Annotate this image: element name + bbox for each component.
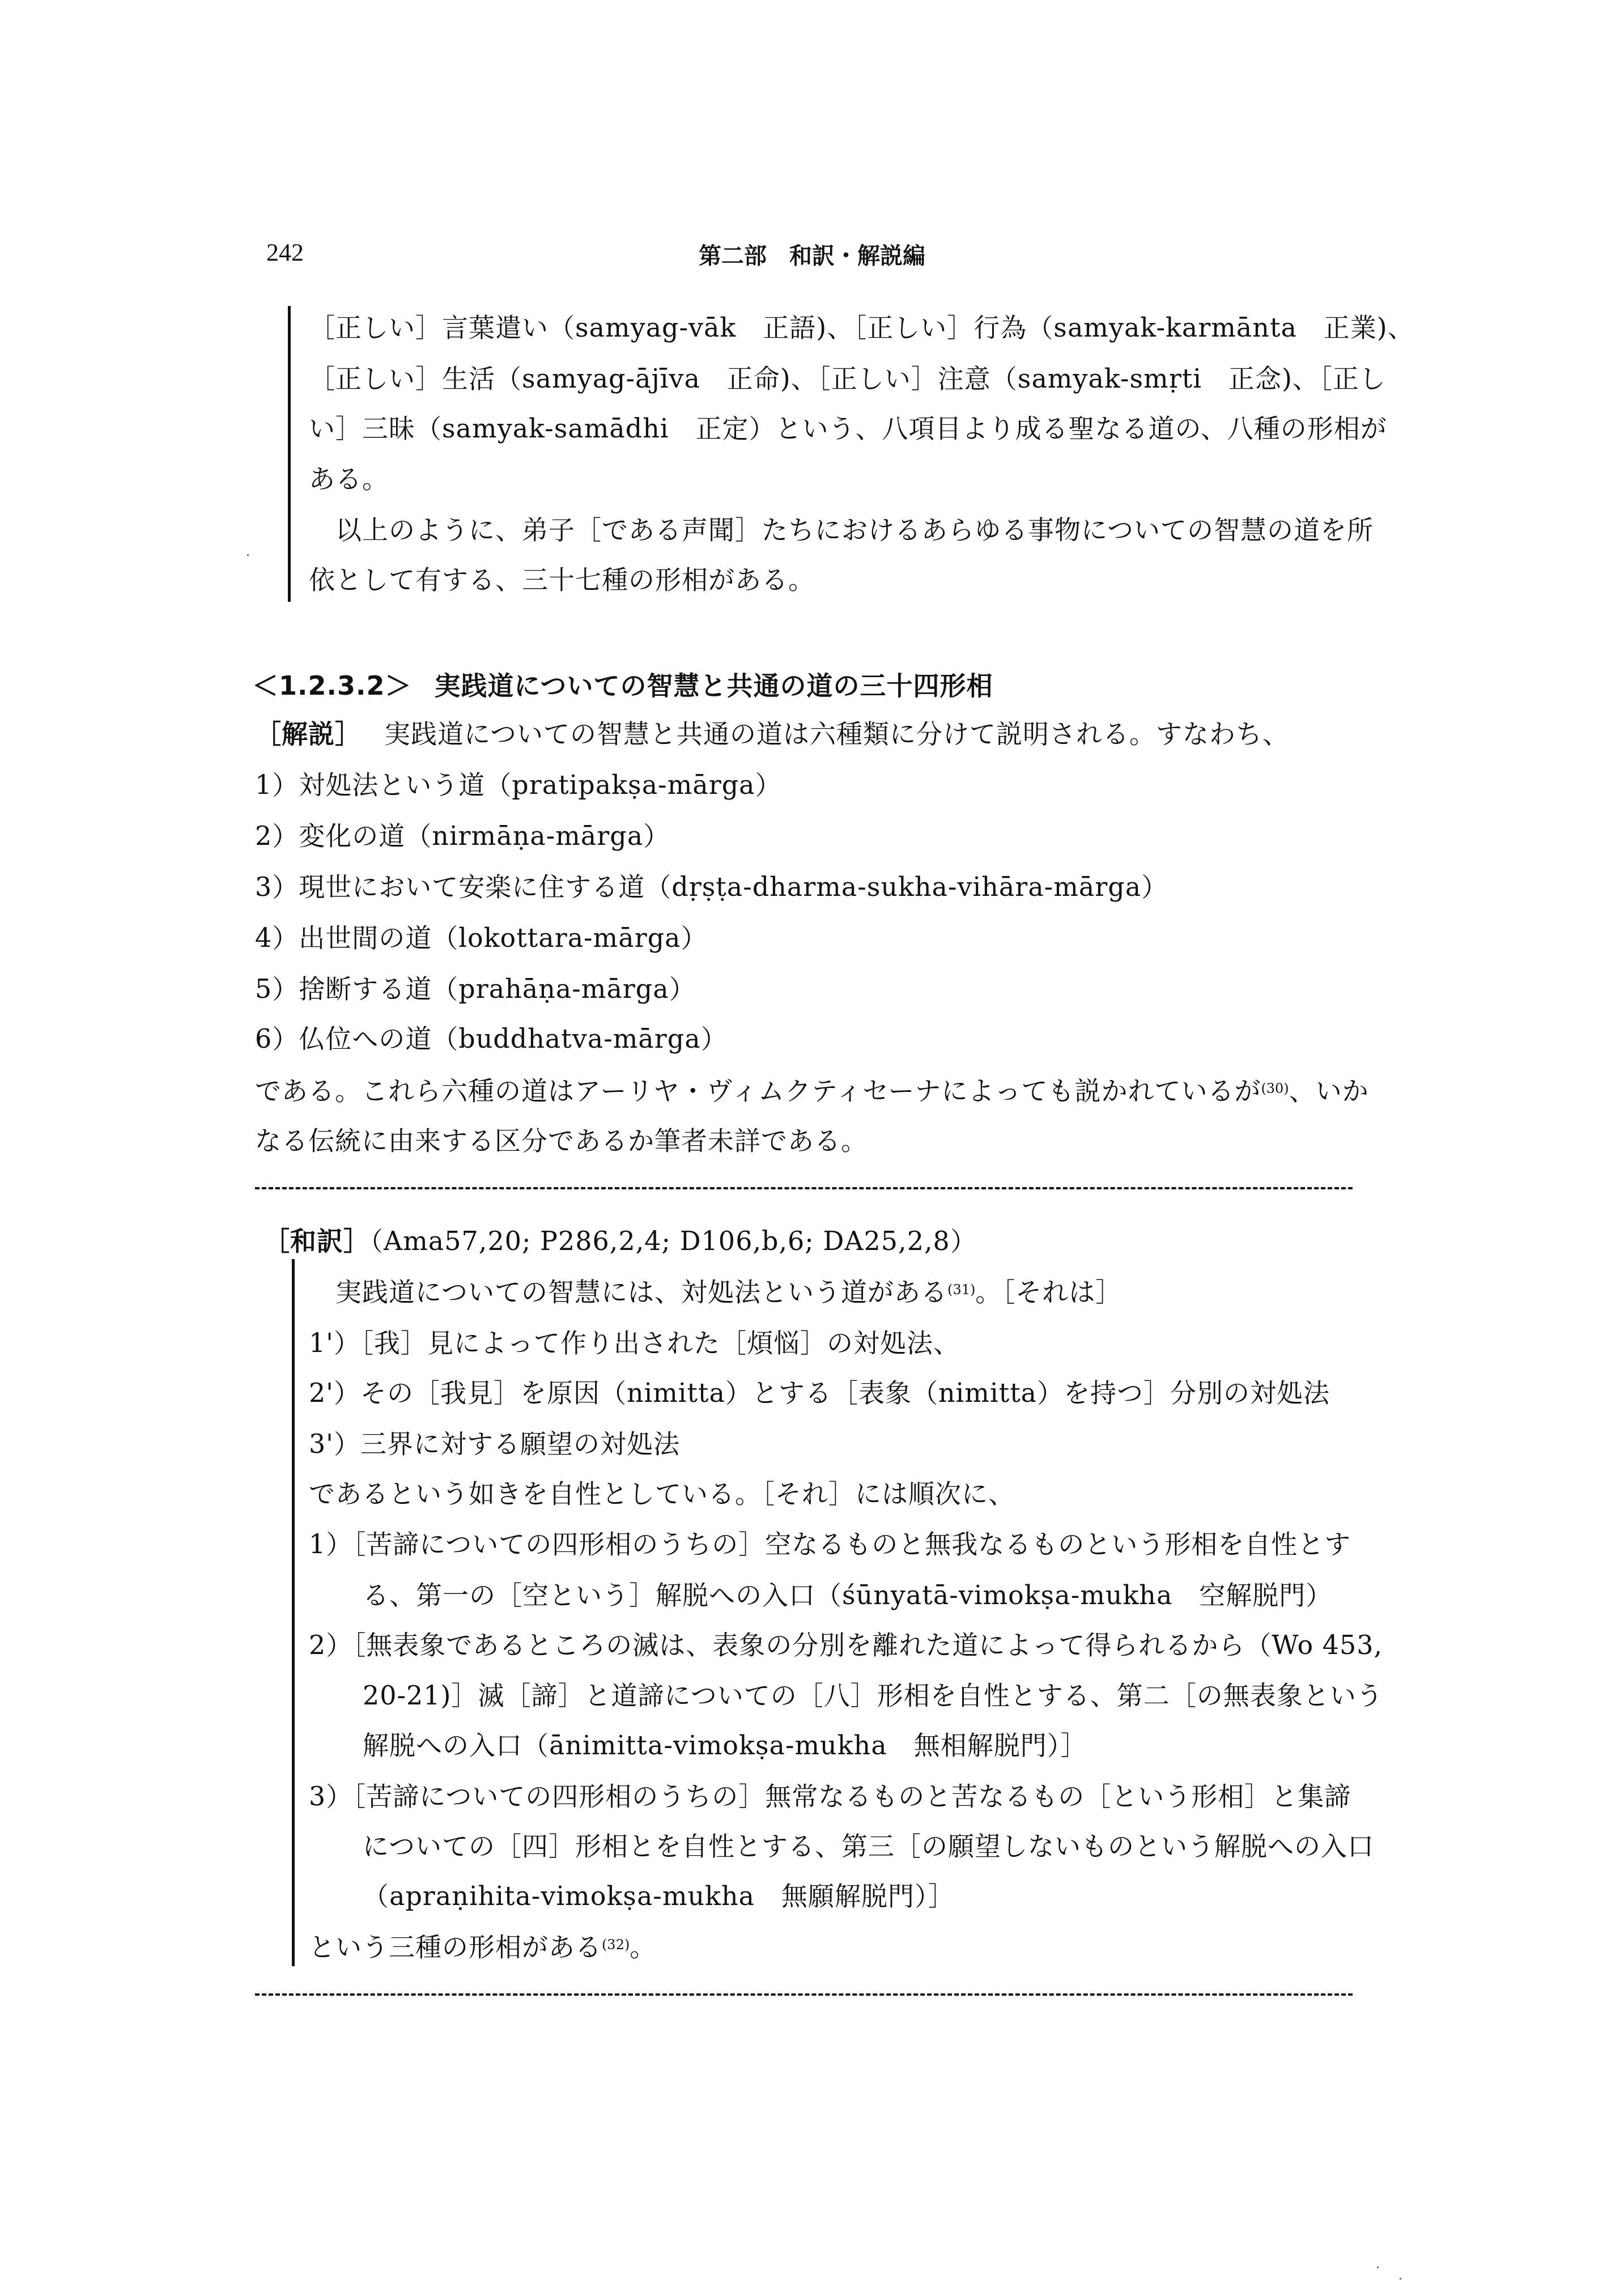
list-item: 3）現世において安楽に住する道（dṛṣṭa-dharma-sukha-vihār… [255,870,1168,904]
translation-intro: 実践道についての智慧には、対処法という道がある(31)。［それは］ [309,1275,1122,1309]
list-item: 1）対処法という道（pratipakṣa-mārga） [255,768,782,802]
section-heading: ＜1.2.3.2＞実践道についての智慧と共通の道の三十四形相 [252,669,993,703]
source-reference: （Ama57,20; P286,2,4; D106,b,6; DA25,2,8） [370,1226,977,1256]
translation-header: ［和訳］（Ama57,20; P286,2,4; D106,b,6; DA25,… [263,1224,977,1258]
translation-conclusion: という三種の形相がある(32)。 [309,1930,656,1964]
sub-item: 3'）三界に対する願望の対処法 [309,1427,680,1461]
kaisetsu-text: 実践道についての智慧と共通の道は六種類に分けて説明される。すなわち、 [384,718,1289,749]
list-item: 2）変化の道（nirmāṇa-mārga） [255,819,670,853]
commentary-closing-line: である。これら六種の道はアーリヤ・ヴィムクティセーナによっても説かれているが(3… [255,1074,1369,1108]
commentary-intro: ［解説］実践道についての智慧と共通の道は六種類に分けて説明される。すなわち、 [255,717,1289,751]
intro-text: 実践道についての智慧には、対処法という道がある [309,1277,947,1307]
gate-item-cont: 20-21)］滅［諦］と道諦についての［八］形相を自性とする、第二［の無表象とい… [363,1678,1383,1712]
closing-text: である。これら六種の道はアーリヤ・ヴィムクティセーナによっても説かれているが [255,1075,1261,1106]
sub-item: 1'）［我］見によって作り出された［煩悩］の対処法、 [309,1326,960,1360]
scan-speck [247,554,249,556]
gate-item-cont: についての［四］形相とを自性とする、第三［の願望しないものという解脱への入口 [363,1829,1374,1863]
text-line: い］三昧（samyak-samādhi 正定）という、八項目より成る聖なる道の、… [309,411,1387,445]
wayaku-label: ［和訳］ [263,1226,370,1256]
margin-bar [292,1259,295,1966]
list-item: 5）捨断する道（prahāṇa-mārga） [255,972,696,1006]
list-item: 4）出世間の道（lokottara-mārga） [255,921,708,955]
closing-text: 、いか [1289,1075,1369,1106]
kaisetsu-label: ［解説］ [255,718,362,749]
running-title: 第二部 和訳・解説編 [0,238,1624,270]
scan-speck [1400,2278,1401,2280]
transition-line: であるという如きを自性としている。［それ］には順次に、 [309,1477,1015,1511]
footnote-ref[interactable]: (31) [947,1282,975,1298]
conclusion-text: 。 [630,1932,656,1962]
sub-item: 2'）その［我見］を原因（nimitta）とする［表象（nimitta）を持つ］… [309,1376,1330,1410]
text-line: 依として有する、三十七種の形相がある。 [309,563,815,597]
text-line: ［正しい］生活（samyag-ājīva 正命)、［正しい］注意（samyak-… [309,362,1386,396]
dashed-divider-bottom [255,1993,1353,1996]
scan-speck [1377,2267,1379,2268]
intro-text: 。［それは］ [975,1277,1122,1307]
conclusion-text: という三種の形相がある [309,1932,602,1962]
gate-item: 2）［無表象であるところの滅は、表象の分別を離れた道によって得られるから（Wo … [309,1628,1383,1662]
text-line: ［正しい］言葉遣い（samyag-vāk 正語)、［正しい］行為（samyak-… [309,311,1414,345]
gate-item: 3）［苦諦についての四形相のうちの］無常なるものと苦なるもの［という形相］と集諦 [309,1779,1351,1813]
section-number: ＜1.2.3.2＞ [252,670,411,701]
gate-item-cont: （apraṇihita-vimokṣa-mukha 無願解脱門）］ [363,1879,955,1913]
gate-item-cont: る、第一の［空という］解脱への入口（śūnyatā-vimokṣa-mukha … [363,1578,1332,1612]
section-title: 実践道についての智慧と共通の道の三十四形相 [434,670,993,701]
gate-item: 1）［苦諦についての四形相のうちの］空なるものと無我なるものという形相を自性とす [309,1527,1351,1561]
footnote-ref[interactable]: (30) [1261,1081,1289,1096]
text-line: 以上のように、弟子［である声聞］たちにおけるあらゆる事物についての智慧の道を所 [309,513,1374,547]
list-item: 6）仏位への道（buddhatva-mārga） [255,1022,728,1056]
footnote-ref[interactable]: (32) [602,1937,630,1953]
dashed-divider-top [255,1187,1353,1189]
gate-item-cont: 解脱への入口（ānimitta-vimokṣa-mukha 無相解脱門）］ [363,1728,1087,1762]
text-line: ある。 [309,462,389,496]
commentary-closing-line: なる伝統に由来する区分であるか筆者未詳である。 [255,1124,868,1158]
margin-bar [288,306,291,602]
